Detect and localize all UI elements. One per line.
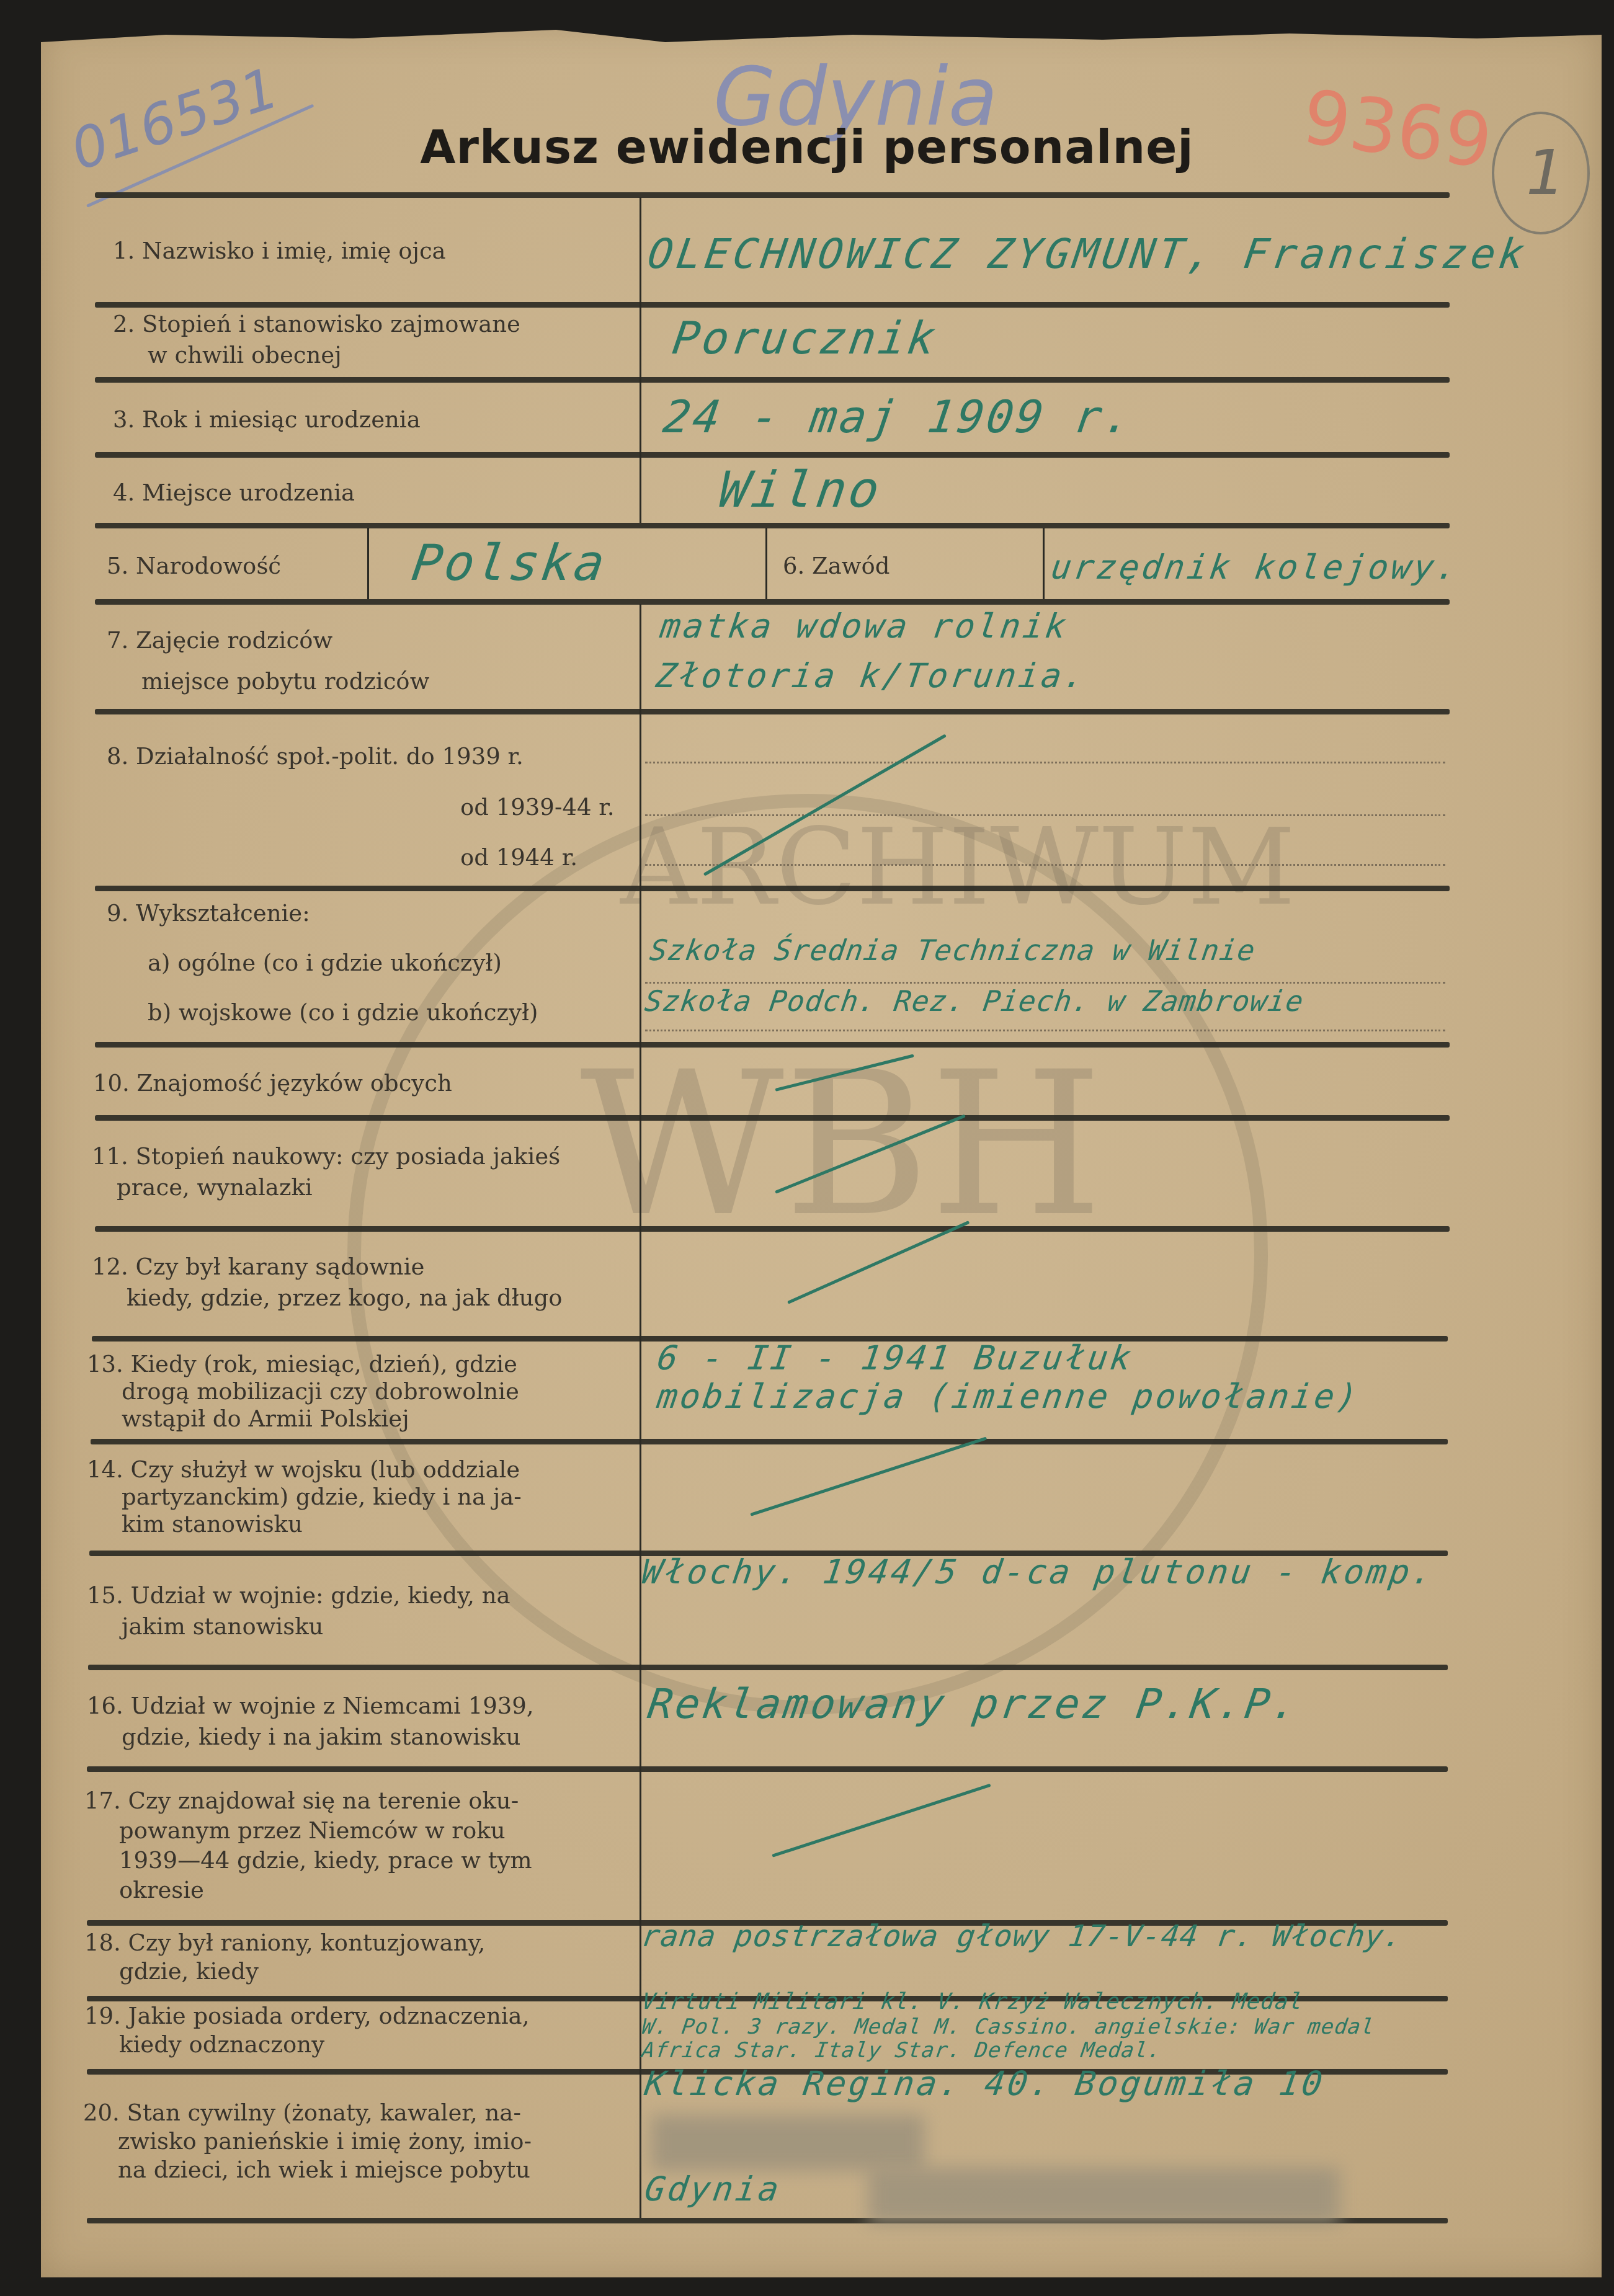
rule: [95, 523, 1450, 528]
dotted-line: [645, 762, 1445, 763]
row-label-text: miejsce pobytu rodziców: [107, 661, 429, 702]
row-number: 10.: [93, 1070, 130, 1097]
row-label-text: wstąpił do Armii Polskiej: [87, 1405, 519, 1433]
row-9-sublabel-b: b) wojskowe (co i gdzie ukończył): [148, 997, 538, 1028]
row-number: 3.: [113, 406, 135, 433]
row-label-text: okresie: [84, 1876, 532, 1905]
row-10-label: 10. Znajomość języków obcych: [93, 1068, 452, 1099]
dotted-line: [645, 1030, 1445, 1031]
row-13-value-line-1: 6 - II - 1941 Buzułuk: [655, 1340, 1136, 1377]
dotted-line: [645, 982, 1445, 984]
row-9-value-a: Szkoła Średnia Techniczna w Wilnie: [648, 937, 1257, 964]
row-17-label: 17. Czy znajdował się na terenie oku- po…: [84, 1786, 532, 1905]
row-label-text: Zajęcie rodziców: [136, 627, 332, 654]
row-number: 9.: [107, 900, 128, 927]
row-20-value-city: Gdynia: [643, 2171, 784, 2208]
row-1-value: OLECHNOWICZ ZYGMUNT, Franciszek: [644, 229, 1531, 279]
row-6-label: 6. Zawód: [783, 551, 889, 582]
row-label-text: na dzieci, ich wiek i miejsce pobytu: [83, 2156, 532, 2184]
dotted-line: [645, 864, 1445, 866]
row-9-label: 9. Wykształcenie:: [107, 898, 310, 929]
row-3-label: 3. Rok i miesiąc urodzenia: [113, 404, 421, 435]
row-19-label: 19. Jakie posiada ordery, odznaczenia, k…: [84, 2002, 529, 2059]
row-11-label: 11. Stopień naukowy: czy posiada jakieś …: [92, 1141, 560, 1203]
row-label-text: partyzanckim) gdzie, kiedy i na ja-: [87, 1484, 522, 1511]
rule: [95, 192, 1450, 198]
row-label-text: Czy był karany sądownie: [136, 1253, 425, 1280]
row-label-text: 1939—44 gdzie, kiedy, prace w tym: [84, 1846, 532, 1876]
row-label-text: prace, wynalazki: [92, 1172, 560, 1203]
row-label-text: Wykształcenie:: [136, 900, 310, 927]
row-6-value: urzędnik kolejowy.: [1049, 549, 1462, 586]
row-15-value: Włochy. 1944/5 d-ca plutonu - komp.: [640, 1554, 1437, 1591]
row-number: 7.: [107, 627, 128, 654]
row-7-label: 7. Zajęcie rodziców miejsce pobytu rodzi…: [107, 620, 429, 702]
row-label-text: jakim stanowisku: [87, 1611, 511, 1642]
row-7-value-line-2: Złotoria k/Torunia.: [654, 657, 1089, 695]
row-number: 8.: [107, 743, 128, 770]
row-13-label: 13. Kiedy (rok, miesiąc, dzień), gdzie d…: [87, 1351, 519, 1433]
dotted-line: [645, 814, 1445, 816]
rule: [95, 377, 1450, 383]
row-3-value: 24 - maj 1909 r.: [660, 392, 1137, 442]
row-label-text: kim stanowisku: [87, 1511, 522, 1538]
row-label-text: Czy był raniony, kontuzjowany,: [128, 1929, 486, 1956]
redacted-region: [868, 2168, 1340, 2223]
column-divider: [367, 528, 369, 599]
row-number: 16.: [87, 1693, 123, 1719]
row-number: 11.: [92, 1143, 128, 1170]
row-16-value: Reklamowany przez P.K.P.: [644, 1680, 1303, 1729]
row-14-label: 14. Czy służył w wojsku (lub oddziale pa…: [87, 1456, 522, 1538]
stamp-arc-text: ARCHIWUM: [620, 806, 1295, 929]
row-4-value: Wilno: [716, 465, 885, 515]
row-number: 15.: [87, 1582, 123, 1609]
row-label-text: Stopień naukowy: czy posiada jakieś: [136, 1143, 561, 1170]
row-label-text: Zawód: [812, 553, 889, 579]
row-label-text: w chwili obecnej: [113, 340, 520, 371]
row-label-text: Czy znajdował się na terenie oku-: [128, 1787, 519, 1814]
row-number: 18.: [84, 1929, 121, 1956]
rule: [91, 1439, 1448, 1444]
row-9-sublabel-a: a) ogólne (co i gdzie ukończył): [148, 948, 502, 979]
row-19-value-line-3: Africa Star. Italy Star. Defence Medal.: [640, 2037, 1164, 2064]
rule: [95, 302, 1450, 308]
row-label-text: gdzie, kiedy: [84, 1957, 485, 1986]
column-divider: [765, 528, 767, 599]
rule: [95, 599, 1450, 605]
row-12-label: 12. Czy był karany sądownie kiedy, gdzie…: [92, 1252, 563, 1314]
row-9-value-b: Szkoła Podch. Rez. Piech. w Zambrowie: [643, 987, 1306, 1015]
row-8-label: 8. Działalność społ.-polit. do 1939 r.: [107, 741, 524, 772]
row-label-text: Działalność społ.-polit. do 1939 r.: [136, 743, 524, 770]
rule: [95, 1115, 1450, 1121]
row-13-value-line-2: mobilizacja (imienne powołanie): [655, 1378, 1362, 1415]
row-15-label: 15. Udział w wojnie: gdzie, kiedy, na ja…: [87, 1580, 511, 1642]
row-label-text: powanym przez Niemców w roku: [84, 1816, 532, 1846]
row-number: 12.: [92, 1253, 128, 1280]
row-label-text: Stopień i stanowisko zajmowane: [142, 311, 520, 337]
row-18-label: 18. Czy był raniony, kontuzjowany, gdzie…: [84, 1929, 485, 1986]
rule: [95, 1226, 1450, 1232]
rule: [95, 886, 1450, 891]
row-19-value-line-1: Virtuti Militari kl. V. Krzyż Walecznych…: [640, 1988, 1305, 2016]
row-label-text: zwisko panieńskie i imię żony, imio-: [83, 2127, 532, 2156]
row-20-label: 20. Stan cywilny (żonaty, kawaler, na- z…: [83, 2099, 532, 2184]
row-label-text: Rok i miesiąc urodzenia: [142, 406, 421, 433]
row-8-sublabel-2: od 1944 r.: [460, 842, 577, 873]
row-label-text: kiedy, gdzie, przez kogo, na jak długo: [92, 1283, 563, 1314]
row-20-value-line-1: Klicka Regina. 40. Bogumiła 10: [643, 2065, 1327, 2102]
rule: [95, 1042, 1450, 1048]
rule: [95, 709, 1450, 714]
row-label-text: Jakie posiada ordery, odznaczenia,: [128, 2003, 530, 2029]
row-label-text: Nazwisko i imię, imię ojca: [142, 238, 446, 264]
row-number: 17.: [84, 1787, 121, 1814]
row-number: 2.: [113, 311, 135, 337]
row-18-value: rana postrzałowa głowy 17-V-44 r. Włochy…: [640, 1923, 1404, 1950]
row-16-label: 16. Udział w wojnie z Niemcami 1939, gdz…: [87, 1691, 534, 1753]
row-label-text: Czy służył w wojsku (lub oddziale: [131, 1456, 520, 1483]
column-divider: [640, 197, 641, 523]
rule: [88, 1665, 1448, 1670]
row-4-label: 4. Miejsce urodzenia: [113, 478, 355, 509]
column-divider: [640, 604, 641, 2218]
row-number: 1.: [113, 238, 135, 264]
row-label-text: Udział w wojnie: gdzie, kiedy, na: [131, 1582, 511, 1609]
row-number: 19.: [84, 2003, 121, 2029]
row-number: 4.: [113, 479, 135, 506]
row-label-text: Narodowość: [136, 553, 281, 579]
column-divider: [1043, 528, 1045, 599]
rule: [87, 1766, 1448, 1772]
row-label-text: Miejsce urodzenia: [142, 479, 355, 506]
row-number: 13.: [87, 1351, 123, 1377]
row-label-text: drogą mobilizacji czy dobrowolnie: [87, 1378, 519, 1405]
row-label-text: kiedy odznaczony: [84, 2031, 529, 2059]
row-label-text: Znajomość języków obcych: [137, 1070, 452, 1097]
redacted-region: [651, 2115, 924, 2171]
row-number: 14.: [87, 1456, 123, 1483]
row-5-label: 5. Narodowość: [107, 551, 281, 582]
row-label-text: Kiedy (rok, miesiąc, dzień), gdzie: [131, 1351, 517, 1377]
row-7-value-line-1: matka wdowa rolnik: [658, 608, 1071, 645]
row-number: 6.: [783, 553, 805, 579]
row-2-label: 2. Stopień i stanowisko zajmowane w chwi…: [113, 309, 520, 371]
row-1-label: 1. Nazwisko i imię, imię ojca: [113, 236, 446, 267]
rule: [95, 452, 1450, 458]
row-number: 5.: [107, 553, 128, 579]
row-5-value: Polska: [409, 538, 610, 588]
row-label-text: gdzie, kiedy i na jakim stanowisku: [87, 1722, 534, 1753]
row-2-value: Porucznik: [669, 313, 940, 363]
page-title: Arkusz ewidencji personalnej: [0, 121, 1614, 174]
row-label-text: Stan cywilny (żonaty, kawaler, na-: [127, 2099, 521, 2126]
row-label-text: Udział w wojnie z Niemcami 1939,: [131, 1693, 534, 1719]
row-8-sublabel-1: od 1939-44 r.: [460, 792, 615, 823]
row-number: 20.: [83, 2099, 120, 2126]
